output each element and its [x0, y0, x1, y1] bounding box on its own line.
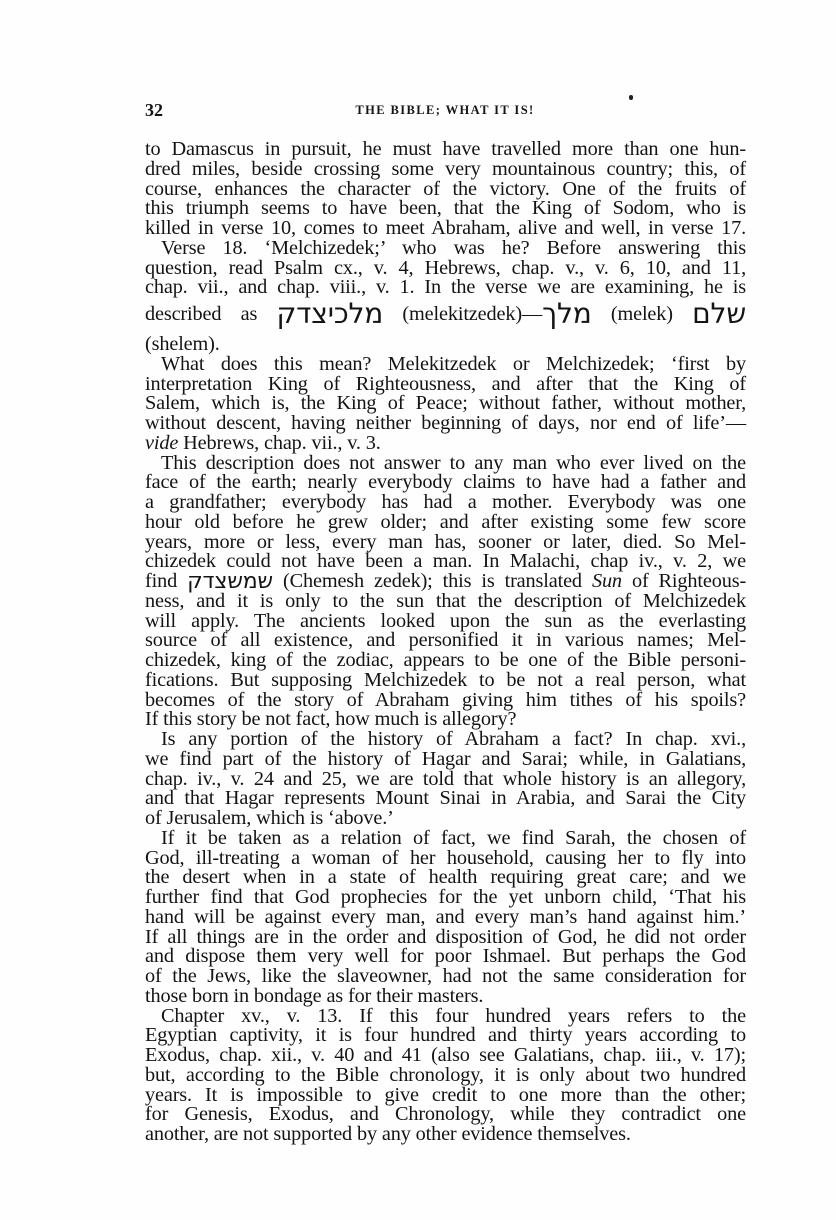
running-title: THE BIBLE; WHAT IT IS! [145, 103, 745, 118]
text-line: dred miles, beside crossing some very mo… [145, 160, 746, 180]
paragraph-start: Verse 18. ‘Melchizedek;’ who was he? Bef… [145, 239, 746, 259]
gloss-melek: (melek) [611, 303, 673, 325]
hebrew-chemesh-line: find שמשצדק (Chemesh zedek); this is tra… [145, 572, 746, 592]
text-line: ness, and it is only to the sun that the… [145, 592, 746, 612]
text-fragment: Hebrews, chap. vii., v. 3. [178, 432, 380, 454]
text-line: fications. But supposing Melchizedek to … [145, 671, 746, 691]
hebrew-shelem: שלם [692, 297, 746, 330]
paragraph-start: Is any portion of the history of Abraham… [145, 730, 746, 750]
text-line: chizedek, king of the zodiac, appears to… [145, 651, 746, 671]
hebrew-terms-line: described as מלכיצדק (melekitzedek)—מלך … [145, 298, 746, 335]
text-line: hour old before he grew older; and after… [145, 513, 746, 533]
text-fragment: find [145, 570, 177, 592]
text-line: those born in bondage as for their maste… [145, 987, 746, 1007]
text-line: vide Hebrews, chap. vii., v. 3. [145, 434, 746, 454]
text-fragment: (Chemesh zedek); this is translated [283, 570, 582, 592]
paragraph-start: What does this mean? Melekitzedek or Mel… [145, 355, 746, 375]
page-header: 32 THE BIBLE; WHAT IT IS! [145, 100, 745, 124]
text-line: killed in verse 10, comes to meet Abraha… [145, 219, 746, 239]
italic-vide: vide [145, 432, 178, 454]
book-page: 32 THE BIBLE; WHAT IT IS! to Damascus in… [0, 0, 836, 1220]
gloss-melekitzedek: (melekitzedek)— [402, 303, 542, 325]
text-line: Exodus, chap. xii., v. 40 and 41 (also s… [145, 1046, 746, 1066]
text-fragment: of Righteous- [632, 570, 746, 592]
text-line: but, according to the Bible chronology, … [145, 1066, 746, 1086]
text-line: to Damascus in pursuit, he must have tra… [145, 140, 746, 160]
body-text: to Damascus in pursuit, he must have tra… [145, 140, 746, 1145]
text-line: of the Jews, like the slaveowner, had no… [145, 967, 746, 987]
text-fragment: described as [145, 303, 257, 325]
text-line: hand will be against every man, and ever… [145, 908, 746, 928]
text-line: we find part of the history of Hagar and… [145, 750, 746, 770]
italic-sun: Sun [592, 570, 622, 592]
paragraph-start: If it be taken as a relation of fact, we… [145, 829, 746, 849]
text-line: of Jerusalem, which is ‘above.’ [145, 809, 746, 829]
hebrew-melek: מלך [542, 297, 592, 330]
text-line: further find that God prophecies for the… [145, 888, 746, 908]
text-line: a grandfather; everybody has had a mothe… [145, 493, 746, 513]
text-line: (shelem). [145, 335, 746, 355]
text-line: another, are not supported by any other … [145, 1125, 746, 1145]
hebrew-melekitzedek: מלכיצדק [276, 297, 383, 330]
text-line: chap. vii., and chap. viii., v. 1. In th… [145, 278, 746, 298]
